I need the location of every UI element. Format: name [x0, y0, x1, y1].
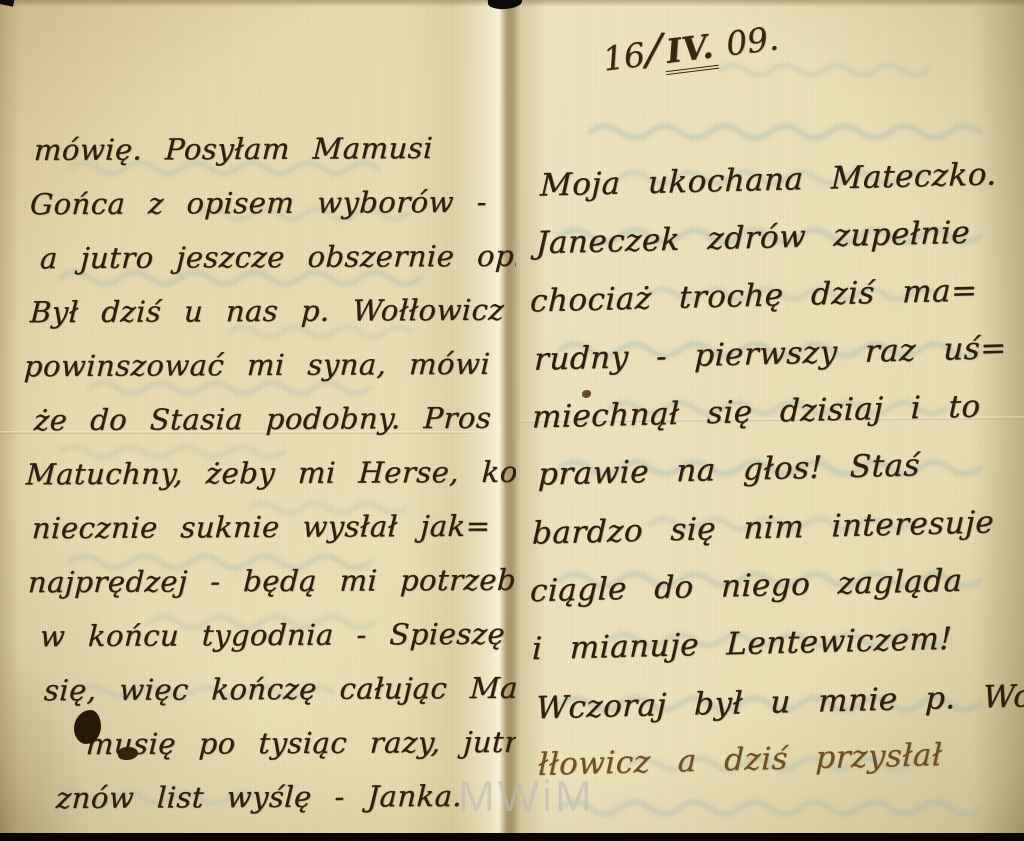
letter-photograph: mówię. Posyłam Mamusi Gońca z opisem wyb…: [0, 0, 1024, 841]
bleedthrough-stroke: [720, 65, 928, 75]
handwriting-line: mówię. Posyłam Mamusi: [33, 131, 434, 167]
date-year: 09.: [724, 18, 781, 63]
letter-paper: mówię. Posyłam Mamusi Gońca z opisem wyb…: [0, 0, 1024, 834]
handwriting-line: Matuchny, żeby mi Herse, ko=: [25, 455, 516, 492]
date-separator: /: [646, 24, 662, 75]
date-day: 16: [601, 35, 647, 79]
handwriting-line: się, więc kończę całując Ma=: [43, 671, 516, 708]
handwriting-line: niecznie suknie wysłał jak=: [31, 509, 491, 545]
bleedthrough-stroke: [90, 383, 370, 394]
bleedthrough-stroke: [230, 327, 412, 337]
handwriting-line: Gońca z opisem wyborów -: [29, 185, 488, 221]
date-month-roman: IV.: [661, 26, 719, 75]
handwriting-line: najprędzej - będą mi potrzeb: [27, 563, 516, 600]
handwriting-line: że do Stasia podobny. Pros: [33, 401, 492, 437]
handwriting-line: a jutro jeszcze obszernie opi: [39, 239, 516, 276]
bleedthrough-stroke: [590, 126, 980, 138]
handwriting-line: Był dziś u nas p. Wołłowicz: [29, 293, 505, 329]
handwriting-line: znów list wyślę - Janka.: [55, 779, 463, 815]
bleedthrough-stroke: [560, 802, 980, 814]
handwriting-line: w końcu tygodnia - Spieszę: [39, 617, 506, 653]
handwriting-line: musię po tysiąc razy, jutro: [85, 725, 516, 761]
handwriting-line: powinszować mi syna, mówi: [23, 347, 491, 383]
photo-edge: [0, 833, 1024, 841]
